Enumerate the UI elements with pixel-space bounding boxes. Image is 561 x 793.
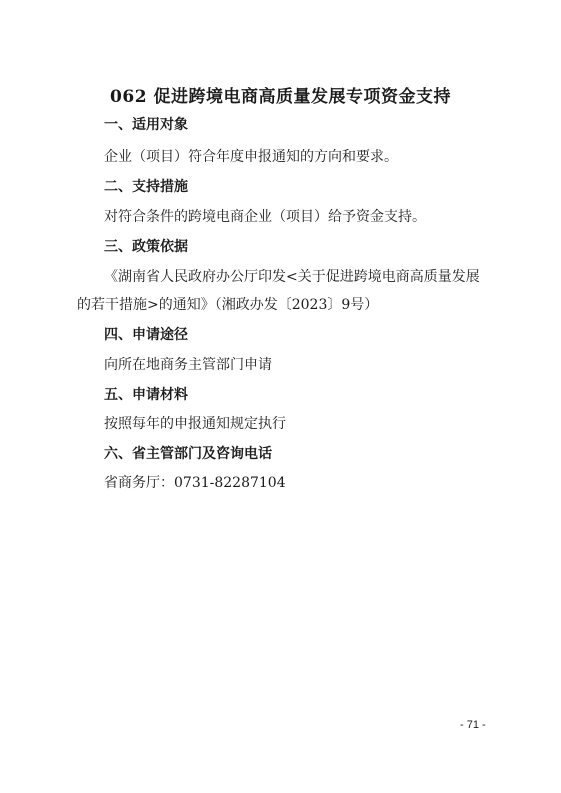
section-heading-support-measures: 二、支持措施 (104, 176, 188, 196)
section-body-policy-basis-line1: 《湖南省人民政府办公厅印发<关于促进跨境电商高质量发展 (104, 266, 480, 286)
section-heading-application-channel: 四、申请途径 (104, 324, 188, 344)
section-body-policy-basis-line2: 的若干措施>的通知》（湘政办发〔2023〕9号） (77, 294, 378, 314)
section-body-contact-phone: 省商务厅：0731-82287104 (104, 472, 286, 492)
document-page: 062 促进跨境电商高质量发展专项资金支持 一、适用对象 企业（项目）符合年度申… (0, 0, 561, 793)
section-body-application-channel: 向所在地商务主管部门申请 (104, 354, 272, 374)
section-body-applicable-targets: 企业（项目）符合年度申报通知的方向和要求。 (104, 146, 398, 166)
document-title: 062 促进跨境电商高质量发展专项资金支持 (0, 82, 561, 107)
section-heading-policy-basis: 三、政策依据 (104, 236, 188, 256)
section-heading-applicable-targets: 一、适用对象 (104, 114, 188, 134)
section-heading-application-materials: 五、申请材料 (104, 384, 188, 404)
page-number: - 71 - (460, 719, 486, 731)
section-heading-contact: 六、省主管部门及咨询电话 (104, 443, 272, 463)
section-body-support-measures: 对符合条件的跨境电商企业（项目）给予资金支持。 (104, 206, 426, 226)
section-body-application-materials: 按照每年的申报通知规定执行 (104, 413, 286, 433)
